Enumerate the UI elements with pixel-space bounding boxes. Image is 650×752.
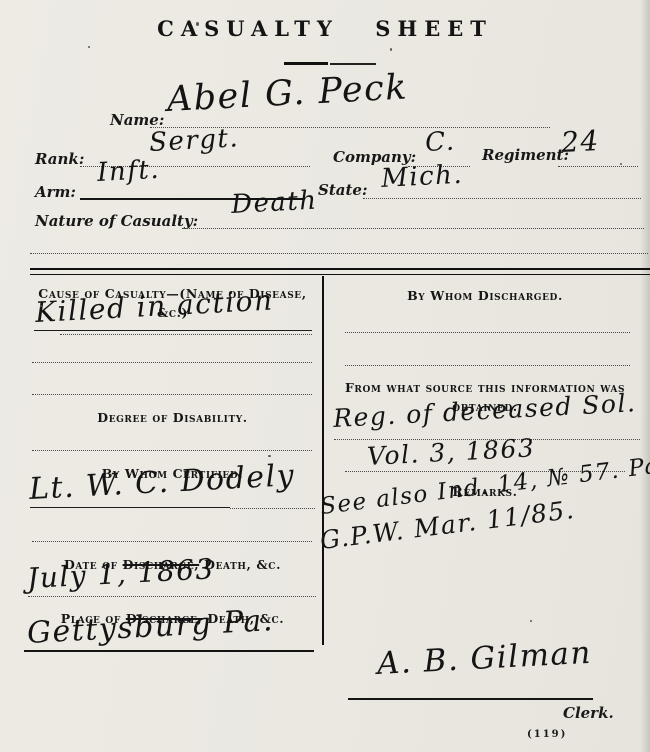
certified-blank-line xyxy=(32,541,312,542)
left-blank-line-1 xyxy=(32,362,312,363)
cause-line-solid xyxy=(34,330,312,331)
regiment-line xyxy=(558,166,638,167)
certified-line-dotted xyxy=(230,508,315,509)
clerk-signature: A. B. Gilman xyxy=(376,635,593,682)
casualty-sheet-page: CASUALTY SHEET Name: Abel G. Peck Rank: … xyxy=(0,0,650,752)
state-value: Mich. xyxy=(380,160,463,194)
arm-label: Arm: xyxy=(35,183,76,201)
degree-of-disability-heading: Degree of Disability. xyxy=(30,408,315,427)
arm-value: Inft. xyxy=(96,155,160,188)
page-title: CASUALTY SHEET xyxy=(0,16,650,41)
regiment-value: 24 xyxy=(560,124,600,159)
discharged-blank-line-2 xyxy=(345,365,630,366)
scan-speck xyxy=(268,455,271,457)
cause-line-dotted xyxy=(60,334,312,335)
scan-edge-shade xyxy=(640,0,650,752)
scan-speck xyxy=(88,46,90,48)
nature-of-casualty-value: Death xyxy=(230,186,318,220)
by-whom-discharged-heading: By Whom Discharged. xyxy=(330,286,640,305)
scan-speck xyxy=(390,48,392,51)
discharged-blank-line-1 xyxy=(345,332,630,333)
left-blank-line-2 xyxy=(32,394,312,395)
certified-line-solid xyxy=(30,507,230,508)
page-footer-number: (119) xyxy=(527,729,567,740)
regiment-label: Regiment: xyxy=(482,146,569,164)
blank-line-full xyxy=(30,253,648,254)
nature-of-casualty-line xyxy=(182,228,644,229)
scan-speck xyxy=(530,620,532,622)
column-divider xyxy=(322,276,324,645)
scan-speck xyxy=(40,305,42,307)
signature-line xyxy=(348,698,593,700)
title-rule-thin xyxy=(330,63,376,65)
rank-value: Sergt. xyxy=(148,123,239,158)
section-double-rule xyxy=(30,268,650,275)
state-label: State: xyxy=(318,181,368,199)
scan-speck xyxy=(196,22,199,26)
date-line xyxy=(28,596,316,597)
disability-blank-line xyxy=(32,450,312,451)
title-rule-thick xyxy=(284,62,328,65)
rank-label: Rank: xyxy=(35,150,84,168)
state-line xyxy=(363,198,641,199)
place-line xyxy=(24,650,314,652)
name-value: Abel G. Peck xyxy=(166,67,409,120)
company-value: C. xyxy=(424,126,456,158)
nature-of-casualty-label: Nature of Casualty: xyxy=(35,212,198,230)
clerk-title: Clerk. xyxy=(563,704,614,722)
scan-speck xyxy=(620,163,622,165)
